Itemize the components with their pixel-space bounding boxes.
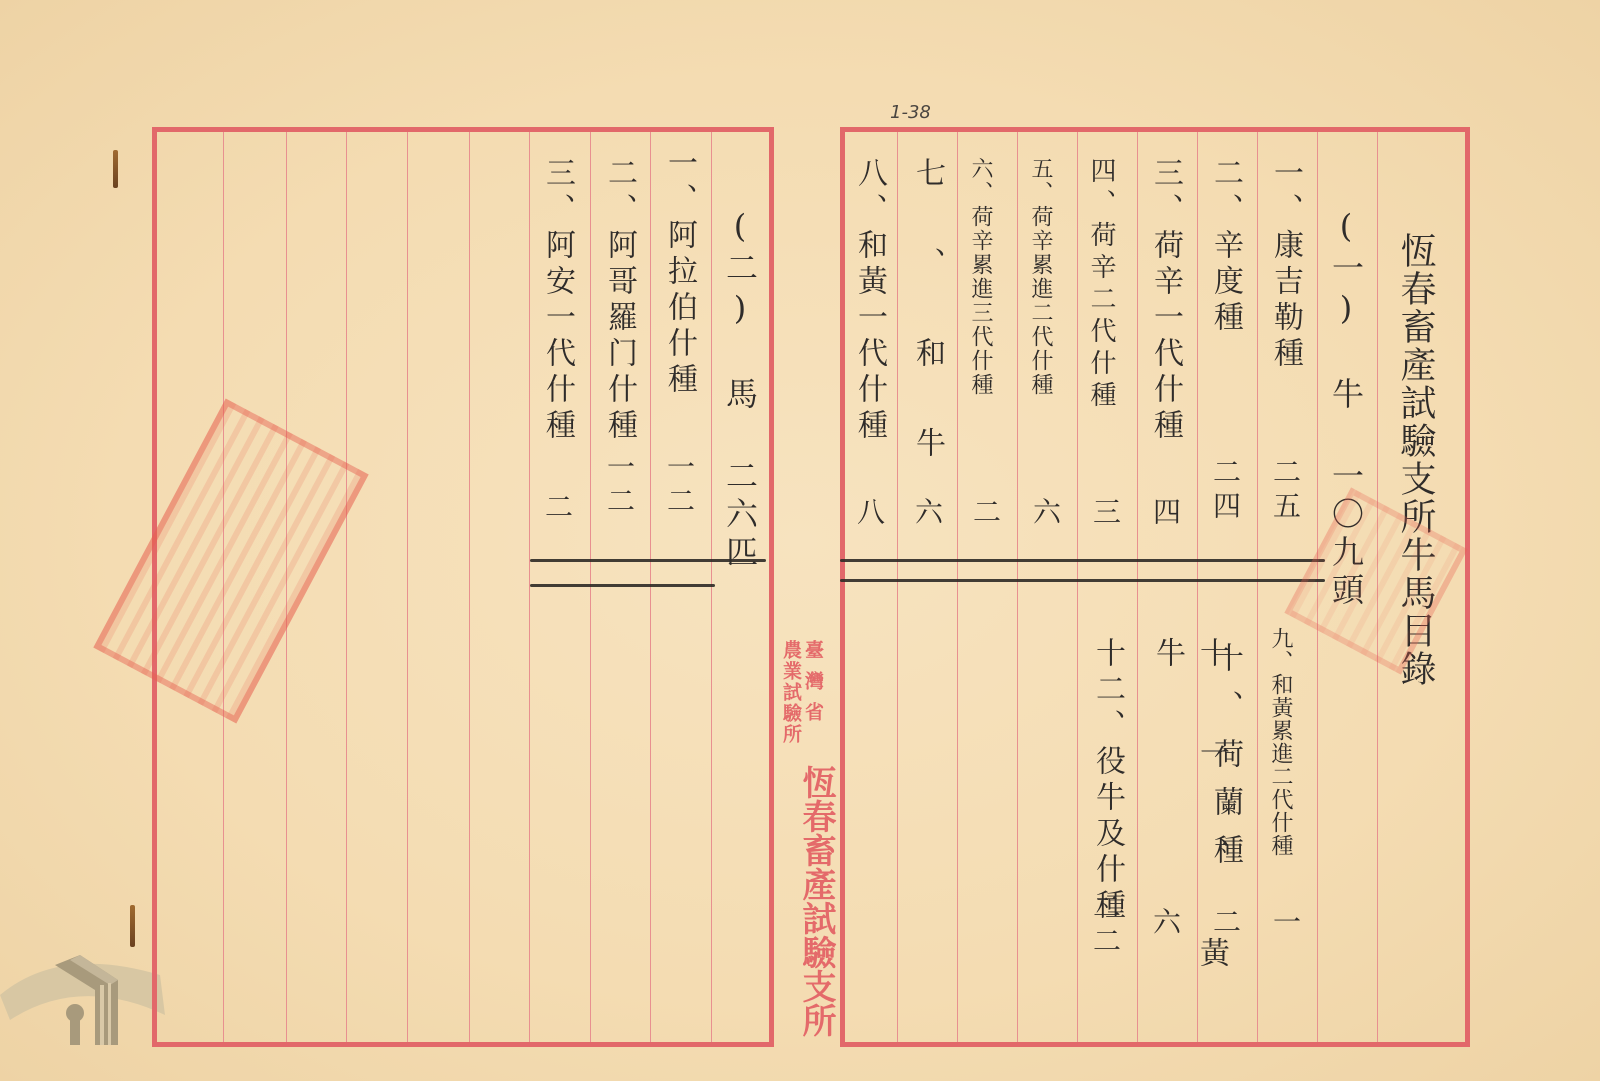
cattle-entry: 八、和黃一代什種 [847,157,891,445]
cattle-entry: 九、和黃累進二代什種 [1265,627,1296,857]
cattle-entry: 三、荷辛一代什種 [1143,157,1187,445]
total-double-rule [530,584,715,587]
archive-annotation: 1-38 [890,102,931,123]
cattle-entry: 五、荷辛累進二代什種 [1025,157,1056,397]
cattle-entry-count: 二二 [1085,892,1125,960]
cattle-entry-count: 八 [849,497,889,531]
horse-entry: 一、阿拉伯什種 [657,147,701,399]
binding-pin-top [113,150,118,188]
cattle-entry-count: 六 [1145,907,1185,941]
archive-logo-icon [0,935,170,1045]
cattle-entry-count: 一 [1265,907,1305,941]
cattle-entry: 十二、役牛及什種 [1085,637,1129,925]
cattle-entry-count: 二五 [1265,457,1305,525]
horse-section-heading: (二) 馬 二六匹 [717,207,763,573]
cattle-entry: 十一、黃牛 [1145,637,1233,1042]
cattle-entry-count: 三 [1085,497,1125,531]
horse-entry-count: 一二 [599,452,639,520]
cattle-entry-count: 六 [907,497,947,531]
horse-entry: 三、阿安一代什種 [535,157,579,445]
institution-stamp-name: 恆春畜產試驗支所 [792,765,841,1037]
cattle-entry: 四、荷辛二代什種 [1083,157,1120,413]
cattle-entry-count: 四 [1145,497,1185,531]
cattle-entry: 二、辛度種 [1203,157,1247,337]
cattle-entry-count: 六 [1025,497,1065,531]
horse-entry-count: 二 [537,492,577,526]
cattle-entry: 七、和牛 [905,157,949,517]
cattle-entry-count: 二四 [1205,457,1245,525]
horse-entry: 二、阿哥羅门什種 [597,157,641,445]
cattle-entry-count: 二 [965,497,1005,531]
total-double-rule [840,579,1325,582]
institution-stamp-line1: 臺灣省 [800,640,827,733]
horse-entry-count: 一二 [659,452,699,520]
total-double-rule [840,559,1325,562]
cattle-entry: 六、荷辛累進三代什種 [965,157,996,397]
cattle-entry: 一、康吉勒種 [1263,157,1307,373]
